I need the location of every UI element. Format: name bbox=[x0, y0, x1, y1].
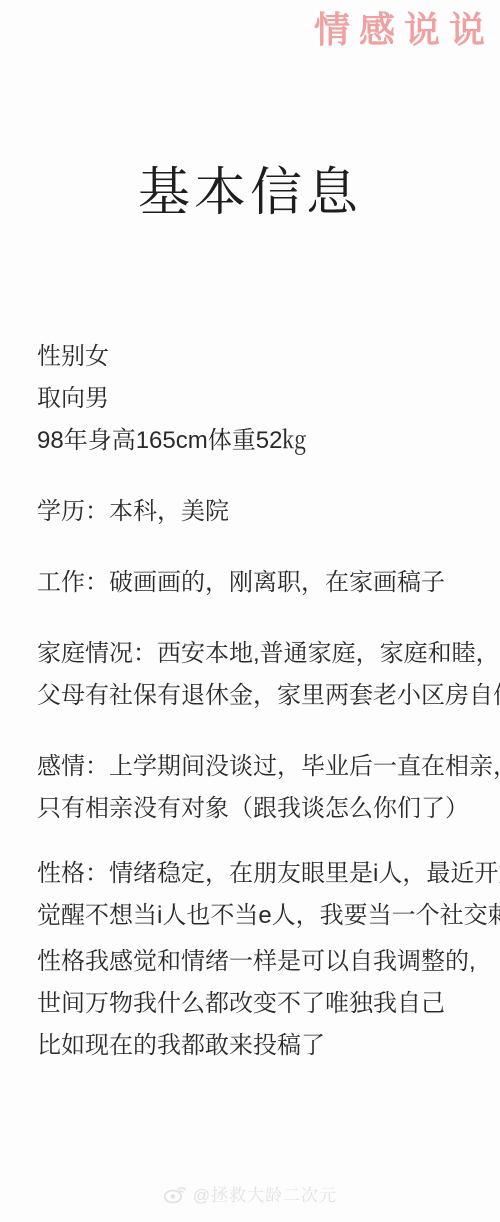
bottom-watermark-handle: @拯救大龄二次元 bbox=[193, 1181, 337, 1206]
body-line: 父母有社保有退休金，家里两套老小区房自住 bbox=[37, 675, 474, 717]
body-line: 世间万物我什么都改变不了唯独我自己 bbox=[37, 983, 474, 1025]
top-watermark: 情感说说 bbox=[314, 2, 494, 53]
body-line: 家庭情况：西安本地,普通家庭，家庭和睦， bbox=[37, 633, 474, 675]
body-line: 取向男 bbox=[37, 378, 474, 420]
body-text: 性别女 取向男 98年身高165cm体重52㎏ 学历：本科，美院 工作：破画画的… bbox=[0, 336, 500, 1067]
body-line: 工作：破画画的，刚离职，在家画稿子 bbox=[37, 562, 474, 604]
body-line: 98年身高165cm体重52㎏ bbox=[37, 420, 474, 462]
body-line: 比如现在的我都敢来投稿了 bbox=[37, 1025, 474, 1067]
paragraph-personality-extra: 性格我感觉和情绪一样是可以自我调整的, 世间万物我什么都改变不了唯独我自己 比如… bbox=[37, 941, 474, 1067]
paragraph-job: 工作：破画画的，刚离职，在家画稿子 bbox=[37, 562, 474, 604]
paragraph-personality: 性格：情绪稳定，在朋友眼里是i人，最近开始 觉醒不想当i人也不当e人，我要当一个… bbox=[37, 853, 474, 937]
body-line: 性格我感觉和情绪一样是可以自我调整的, bbox=[37, 941, 474, 983]
paragraph-basic: 性别女 取向男 98年身高165cm体重52㎏ bbox=[37, 336, 474, 462]
body-line: 只有相亲没有对象（跟我谈怎么你们了） bbox=[37, 788, 474, 830]
body-line: 觉醒不想当i人也不当e人，我要当一个社交刺客 bbox=[37, 895, 474, 937]
body-line: 性格：情绪稳定，在朋友眼里是i人，最近开始 bbox=[37, 853, 474, 895]
paragraph-education: 学历：本科，美院 bbox=[37, 491, 474, 533]
post-image: 情感说说 基本信息 性别女 取向男 98年身高165cm体重52㎏ 学历：本科，… bbox=[0, 0, 500, 1222]
weibo-icon bbox=[163, 1184, 187, 1204]
body-line: 性别女 bbox=[37, 336, 474, 378]
bottom-watermark: @拯救大龄二次元 bbox=[0, 1181, 500, 1206]
body-line: 学历：本科，美院 bbox=[37, 491, 474, 533]
paragraph-family: 家庭情况：西安本地,普通家庭，家庭和睦， 父母有社保有退休金，家里两套老小区房自… bbox=[37, 633, 474, 717]
body-line: 感情：上学期间没谈过，毕业后一直在相亲， bbox=[37, 746, 474, 788]
paragraph-relationship: 感情：上学期间没谈过，毕业后一直在相亲， 只有相亲没有对象（跟我谈怎么你们了） bbox=[37, 746, 474, 830]
